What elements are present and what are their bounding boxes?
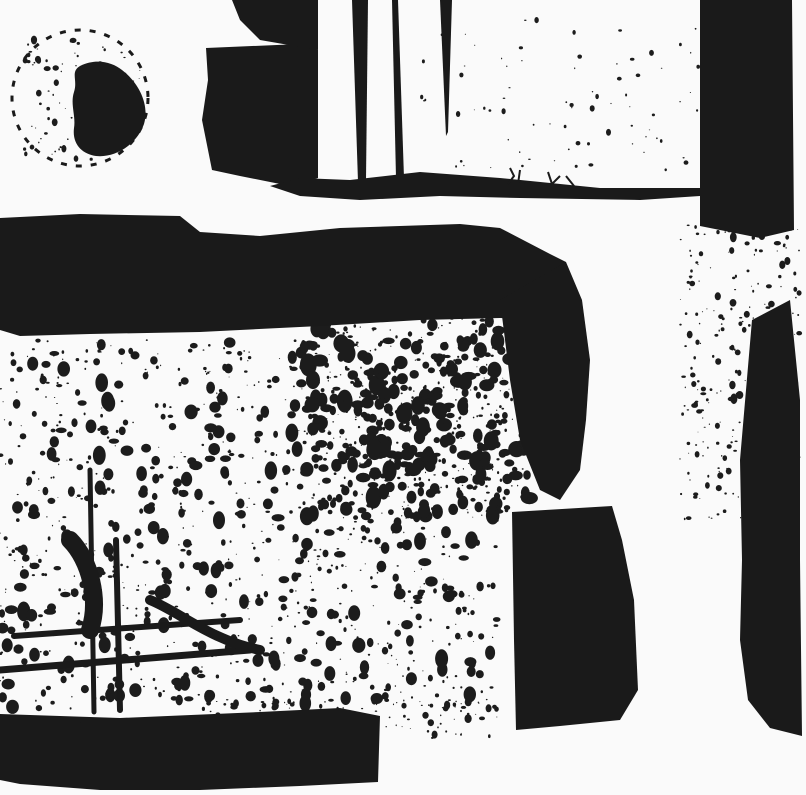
ink-painting (0, 0, 806, 795)
artwork-canvas: Abstract black ink composition (0, 0, 806, 795)
dark-rectangle-bottom-right (512, 506, 638, 730)
dark-square-top (202, 44, 318, 186)
right-edge-stroke (740, 300, 802, 736)
